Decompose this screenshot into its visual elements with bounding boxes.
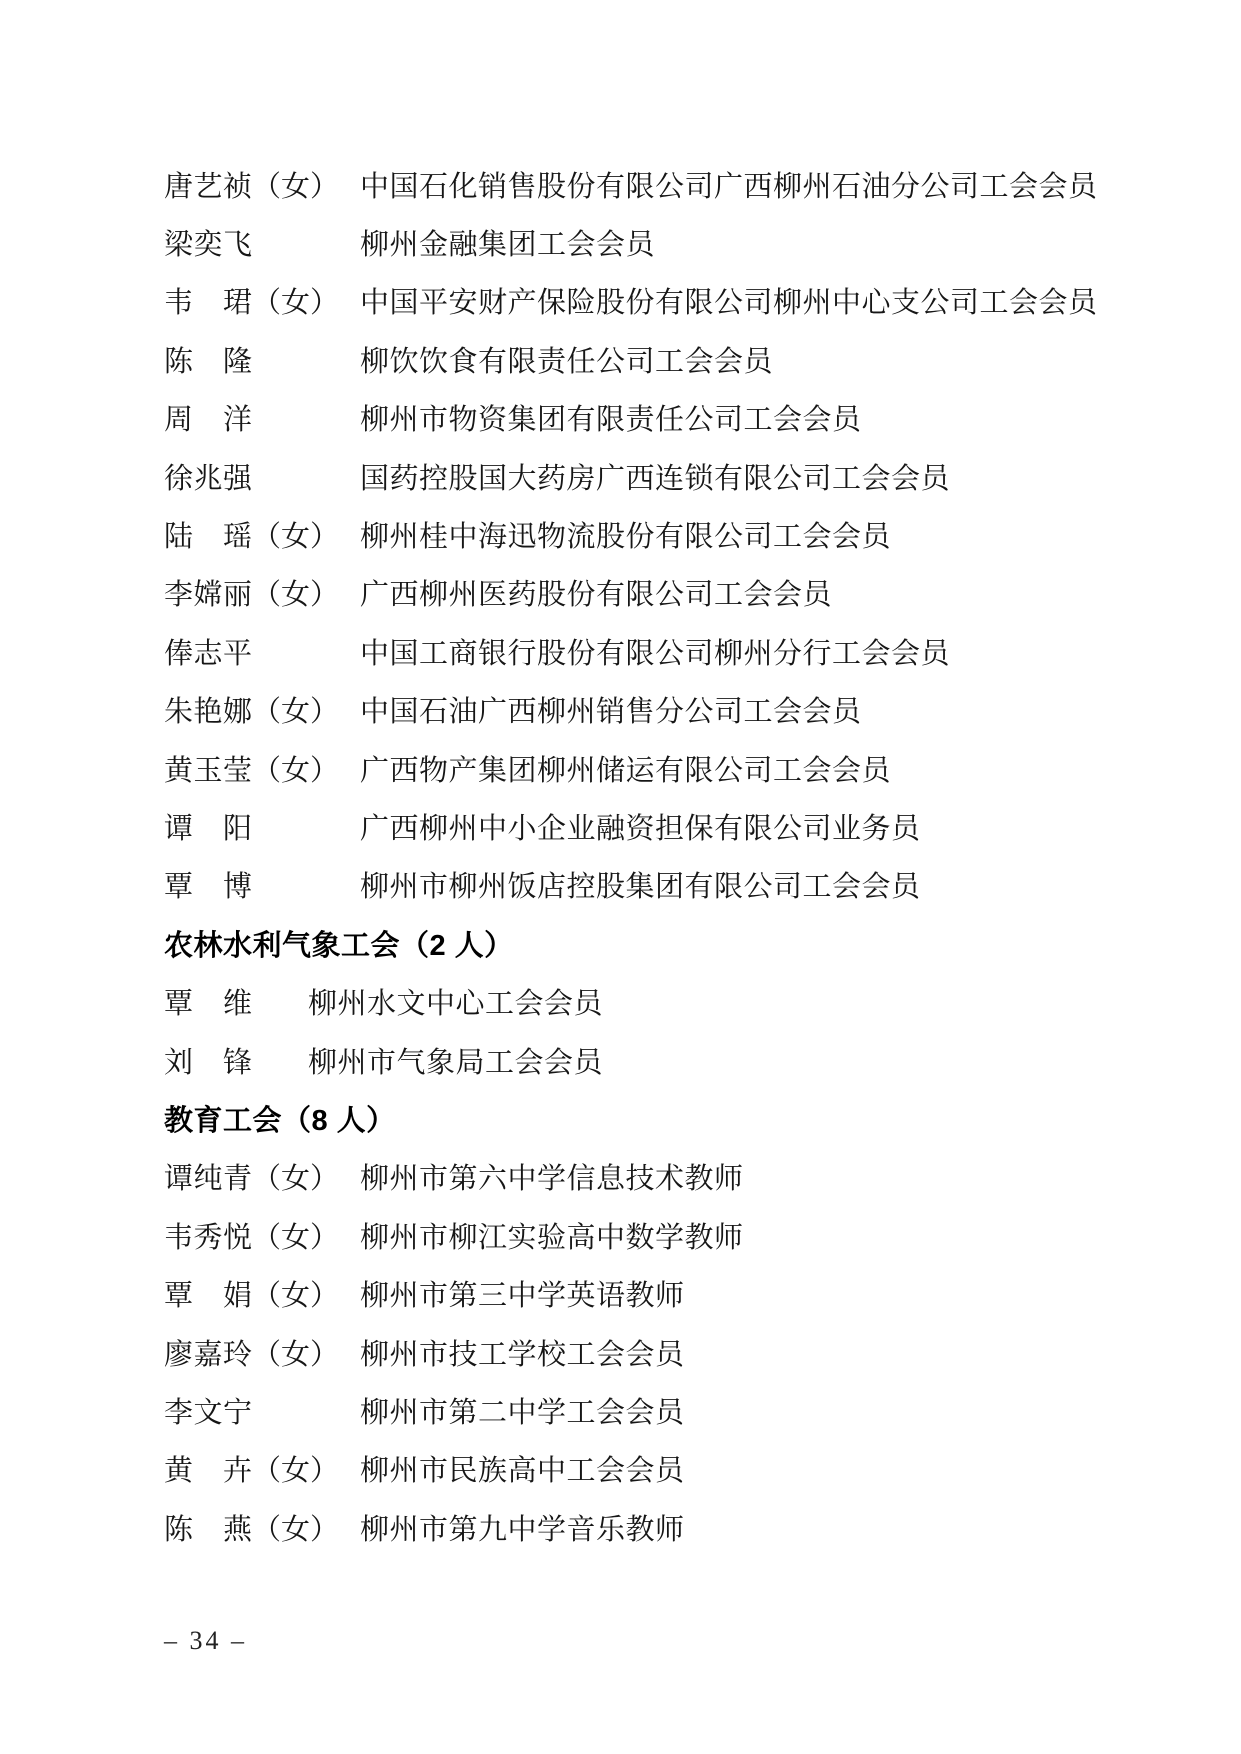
member-organization: 柳州桂中海迅物流股份有限公司工会会员 (360, 514, 891, 555)
member-row: 周洋柳州市物资集团有限责任公司工会会员 (164, 389, 1201, 447)
member-row: 覃维柳州水文中心工会会员 (164, 972, 1201, 1030)
section-header: 教育工会（8 人） (164, 1098, 396, 1139)
member-organization: 柳州市气象局工会会员 (308, 1040, 603, 1081)
member-name: 朱艳娜 (164, 689, 252, 730)
member-organization: 广西物产集团柳州储运有限公司工会会员 (360, 748, 891, 789)
member-organization: 中国平安财产保险股份有限公司柳州中心支公司工会会员 (360, 280, 1098, 321)
member-gender: （女） (252, 1215, 360, 1256)
member-name: 陈隆 (164, 339, 252, 380)
member-organization: 柳州市物资集团有限责任公司工会会员 (360, 397, 862, 438)
member-organization: 柳州市第二中学工会会员 (360, 1390, 685, 1431)
member-row: 俸志平中国工商银行股份有限公司柳州分行工会会员 (164, 622, 1201, 680)
section-header: 农林水利气象工会（2 人） (164, 923, 514, 964)
member-organization: 广西柳州医药股份有限公司工会会员 (360, 572, 832, 613)
member-organization: 柳州市第六中学信息技术教师 (360, 1156, 744, 1197)
member-name: 唐艺祯 (164, 164, 252, 205)
member-row: 李嫦丽（女）广西柳州医药股份有限公司工会会员 (164, 564, 1201, 622)
member-gender: （女） (252, 1507, 360, 1548)
member-organization: 柳州市柳江实验高中数学教师 (360, 1215, 744, 1256)
member-name: 徐兆强 (164, 456, 252, 497)
member-gender: （女） (252, 572, 360, 613)
member-row: 覃博柳州市柳州饭店控股集团有限公司工会会员 (164, 856, 1201, 914)
member-gender: （女） (252, 514, 360, 555)
member-row: 梁奕飞柳州金融集团工会会员 (164, 213, 1201, 271)
member-row: 李文宁柳州市第二中学工会会员 (164, 1381, 1201, 1439)
member-organization: 柳州市柳州饭店控股集团有限公司工会会员 (360, 864, 921, 905)
member-row: 陈隆柳饮饮食有限责任公司工会会员 (164, 330, 1201, 388)
member-row: 刘锋柳州市气象局工会会员 (164, 1031, 1201, 1089)
member-name: 覃娟 (164, 1273, 252, 1314)
member-row: 韦珺（女）中国平安财产保险股份有限公司柳州中心支公司工会会员 (164, 272, 1201, 330)
member-name: 谭纯青 (164, 1156, 252, 1197)
member-organization: 柳州市技工学校工会会员 (360, 1332, 685, 1373)
member-name: 陈燕 (164, 1507, 252, 1548)
member-row: 廖嘉玲（女）柳州市技工学校工会会员 (164, 1323, 1201, 1381)
member-name: 周洋 (164, 397, 252, 438)
member-row: 覃娟（女）柳州市第三中学英语教师 (164, 1264, 1201, 1322)
member-organization: 广西柳州中小企业融资担保有限公司业务员 (360, 806, 921, 847)
member-organization: 柳州水文中心工会会员 (308, 981, 603, 1022)
member-organization: 中国工商银行股份有限公司柳州分行工会会员 (360, 631, 950, 672)
member-name: 李文宁 (164, 1390, 252, 1431)
member-row: 陈燕（女）柳州市第九中学音乐教师 (164, 1498, 1201, 1556)
member-name: 韦珺 (164, 280, 252, 321)
member-gender: （女） (252, 1448, 360, 1489)
member-gender: （女） (252, 748, 360, 789)
member-row: 韦秀悦（女）柳州市柳江实验高中数学教师 (164, 1206, 1201, 1264)
member-row: 朱艳娜（女）中国石油广西柳州销售分公司工会会员 (164, 681, 1201, 739)
member-row: 陆瑶（女）柳州桂中海迅物流股份有限公司工会会员 (164, 505, 1201, 563)
member-organization: 柳州市第九中学音乐教师 (360, 1507, 685, 1548)
member-gender: （女） (252, 1156, 360, 1197)
member-name: 陆瑶 (164, 514, 252, 555)
member-row: 谭纯青（女）柳州市第六中学信息技术教师 (164, 1148, 1201, 1206)
member-row: 黄卉（女）柳州市民族高中工会会员 (164, 1440, 1201, 1498)
member-name: 覃维 (164, 981, 252, 1022)
member-row: 唐艺祯（女）中国石化销售股份有限公司广西柳州石油分公司工会会员 (164, 155, 1201, 213)
member-name: 俸志平 (164, 631, 252, 672)
member-gender: （女） (252, 1332, 360, 1373)
member-row: 谭阳广西柳州中小企业融资担保有限公司业务员 (164, 797, 1201, 855)
member-name: 梁奕飞 (164, 222, 252, 263)
member-name: 黄玉莹 (164, 748, 252, 789)
member-organization: 柳州金融集团工会会员 (360, 222, 655, 263)
document-page: { "document": { "page_number": "– 34 –" … (0, 0, 1241, 1754)
member-organization: 柳州市民族高中工会会员 (360, 1448, 685, 1489)
member-organization: 柳饮饮食有限责任公司工会会员 (360, 339, 773, 380)
page-number: – 34 – (164, 1626, 247, 1656)
member-name: 谭阳 (164, 806, 252, 847)
member-organization: 中国石油广西柳州销售分公司工会会员 (360, 689, 862, 730)
member-gender: （女） (252, 164, 360, 205)
member-gender: （女） (252, 280, 360, 321)
member-organization: 国药控股国大药房广西连锁有限公司工会会员 (360, 456, 950, 497)
member-gender: （女） (252, 689, 360, 730)
member-name: 黄卉 (164, 1448, 252, 1489)
member-name: 刘锋 (164, 1040, 252, 1081)
member-name: 覃博 (164, 864, 252, 905)
member-gender: （女） (252, 1273, 360, 1314)
member-name: 李嫦丽 (164, 572, 252, 613)
member-list: 唐艺祯（女）中国石化销售股份有限公司广西柳州石油分公司工会会员梁奕飞柳州金融集团… (164, 155, 1201, 1556)
member-organization: 中国石化销售股份有限公司广西柳州石油分公司工会会员 (360, 164, 1098, 205)
member-organization: 柳州市第三中学英语教师 (360, 1273, 685, 1314)
member-row: 徐兆强国药控股国大药房广西连锁有限公司工会会员 (164, 447, 1201, 505)
member-row: 黄玉莹（女）广西物产集团柳州储运有限公司工会会员 (164, 739, 1201, 797)
member-name: 廖嘉玲 (164, 1332, 252, 1373)
member-name: 韦秀悦 (164, 1215, 252, 1256)
